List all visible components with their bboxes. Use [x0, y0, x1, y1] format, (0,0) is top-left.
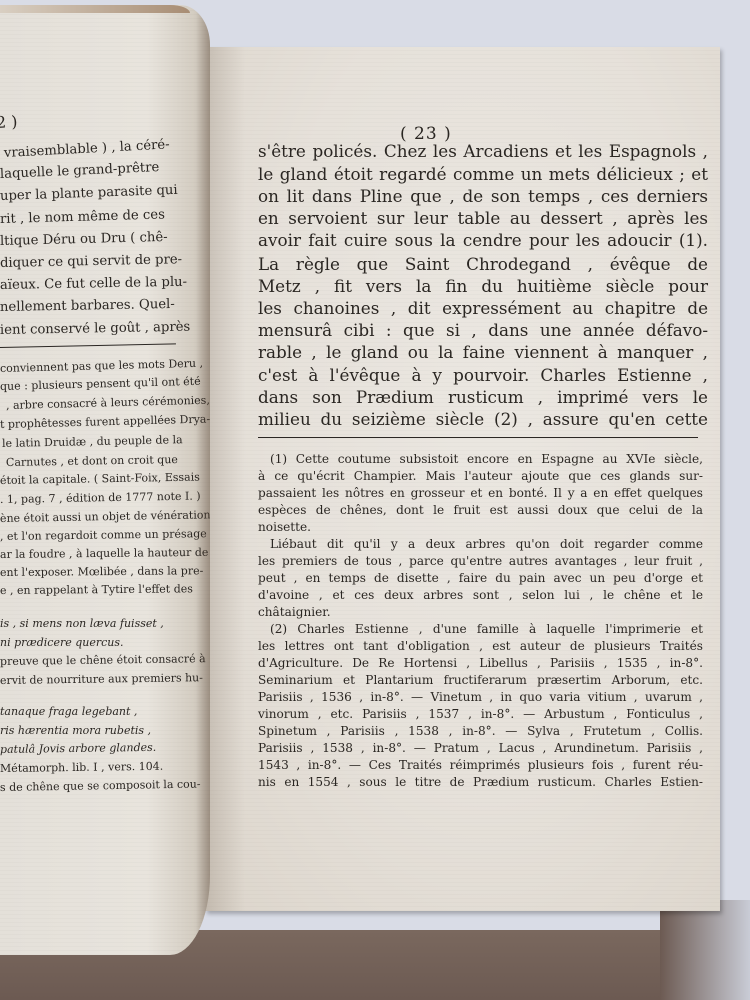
body-line: c'est à l'évêque à y pourvoir. Charles E… [258, 365, 708, 386]
footnote-line: à ce qu'écrit Champier. Mais l'auteur aj… [258, 468, 703, 484]
footnote-line: nis en 1554 , sous le titre de Prædium r… [258, 774, 703, 790]
footnote-line: les lettres ont tant d'obligation , est … [258, 638, 703, 654]
footnote-line: étoit la capitale. ( Saint-Foix, Essais [0, 471, 200, 487]
body-line: mensurâ cibi : que si , dans une année d… [258, 320, 708, 341]
body-line: Metz , fit vers la fin du huitième siècl… [258, 276, 708, 297]
body-line: en servoient sur leur table au dessert ,… [258, 208, 708, 229]
footnote-line: espèces de chênes, dont le fruit est aus… [258, 502, 703, 518]
body-line: rable , le gland ou la faine viennent à … [258, 342, 708, 363]
footnote-line: e , en rappelant à Tytire l'effet des [0, 582, 193, 597]
footnote-line: , arbre consacré à leurs cérémonies, [6, 394, 210, 412]
footnote-line: (2) Charles Estienne , d'une famille à l… [270, 621, 703, 637]
footnote-rule [0, 343, 176, 348]
footnote-line: passaient les nôtres en grosseur et en b… [258, 485, 703, 501]
footnote-line: , et l'on regardoit comme un présage [0, 527, 207, 543]
footnote-line: Seminarium et Plantarium fructiferarum p… [258, 672, 703, 688]
footnote-line: conviennent pas que les mots Deru , [0, 357, 203, 375]
verse-line: ris hærentia mora rubetis , [0, 724, 151, 737]
footnote-line: ène étoit aussi un objet de vénération. [0, 508, 210, 525]
body-line: avoir fait cuire sous la cendre pour les… [258, 230, 708, 251]
verse-line: tanaque fraga legebant , [0, 705, 137, 718]
footnote-line: les premiers de tous , parce qu'entre au… [258, 553, 703, 569]
body-line: le gland étoit regardé comme un mets dél… [258, 164, 708, 185]
body-line: on lit dans Pline que , de son temps , c… [258, 186, 708, 207]
footnote-line: ent l'exposer. Mœlibée , dans la pre- [0, 564, 203, 579]
body-line: s'être policés. Chez les Arcadiens et le… [258, 141, 708, 162]
footnote-line: (1) Cette coutume subsistoit encore en E… [270, 451, 703, 467]
body-line: aïeux. Ce fut celle de la plu- [0, 275, 187, 293]
body-line: milieu du seizième siècle (2) , assure q… [258, 409, 708, 430]
verse-line: ni prædicere quercus. [0, 636, 124, 649]
footnote-line: t prophêtesses furent appellées Drya- [0, 413, 210, 431]
footnote-line: peut , en temps de disette , faire du pa… [258, 570, 703, 586]
body-line: uper la plante parasite qui [0, 183, 178, 204]
body-line: vraisemblable ) , la céré- [4, 137, 170, 161]
footnote-line: . 1, pag. 7 , édition de 1777 note I. ) [0, 489, 201, 505]
footnote-line: Parisiis , 1536 , in-8°. — Vinetum , in … [258, 689, 703, 705]
footnote-line: que : plusieurs pensent qu'il ont été [0, 375, 201, 393]
footnote-line: le latin Druidæ , du peuple de la [2, 433, 183, 450]
footnote-line: d'Agriculture. De Re Hortensi , Libellus… [258, 655, 703, 671]
body-line: rit , le nom même de ces [0, 207, 165, 227]
footnote-line: châtaignier. [258, 604, 703, 620]
body-line: dans son Prædium rusticum , imprimé vers… [258, 387, 708, 408]
verse-line: patulâ Jovis arbore glandes. [0, 741, 156, 756]
footnote-line: Métamorph. lib. I , vers. 104. [0, 760, 163, 775]
body-line: La règle que Saint Chrodegand , évêque d… [258, 254, 708, 275]
body-line: ltique Déru ou Dru ( chê- [0, 230, 168, 249]
footnote-rule [258, 437, 698, 438]
verse-line: is , si mens non læva fuisset , [0, 617, 164, 630]
footnote-line: ar la foudre , à laquelle la hauteur de [0, 546, 208, 561]
left-page: 2 ) vraisemblable ) , la céré- laquelle … [0, 5, 210, 955]
shadow [660, 900, 750, 1000]
body-line: nellement barbares. Quel- [0, 297, 175, 315]
body-line: diquer ce qui servit de pre- [0, 252, 182, 271]
footnote-line: preuve que le chêne étoit consacré à [0, 652, 206, 668]
footnote-line: Parisiis , 1538 , in-8°. — Pratum , Lacu… [258, 740, 703, 756]
body-line: les chanoines , dit expressément au chap… [258, 298, 708, 319]
footnote-line: Spinetum , Parisiis , 1538 , in-8°. — Sy… [258, 723, 703, 739]
footnote-line: d'avoine , et ces deux arbres sont , sel… [258, 587, 703, 603]
footnote-line: Liébaut dit qu'il y a deux arbres qu'on … [270, 536, 703, 552]
body-line: ient conservé le goût , après [0, 320, 190, 338]
body-line: laquelle le grand-prêtre [0, 160, 160, 182]
footnote-line: noisette. [258, 519, 703, 535]
page-edge [0, 5, 190, 13]
footnote-line: Carnutes , et dont on croit que [6, 453, 178, 469]
footnote-line: s de chêne que se composoit la cou- [0, 778, 201, 794]
footnote-line: vinorum , etc. Parisiis , 1537 , in-8°. … [258, 706, 703, 722]
footnote-line: 1543 , in-8°. — Ces Traités réimprimés p… [258, 757, 703, 773]
page-number-fragment: 2 ) [0, 112, 18, 132]
footnote-line: ervit de nourriture aux premiers hu- [0, 671, 203, 687]
